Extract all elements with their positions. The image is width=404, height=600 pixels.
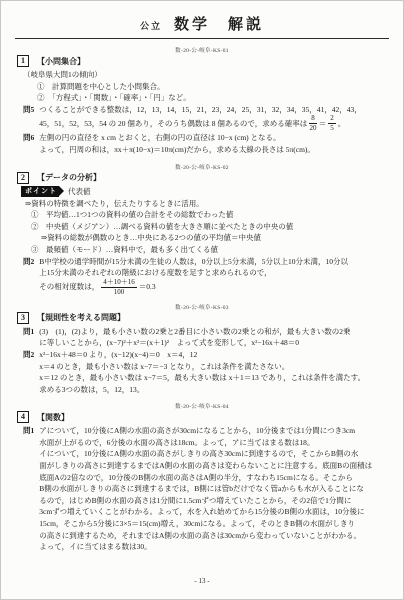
fraction-numerator: 2 [328,115,336,124]
header-divider [15,38,389,39]
point-callout: ポイント 代表値 [21,186,389,197]
page-number: - 13 - [1,577,403,585]
equals-sign: ＝ [319,118,327,130]
list-item: ② 「方程式」・「関数」・「確率」・「円」など。 [37,92,389,104]
header-category: 公立 [140,19,162,32]
list-item: ① 平均値…1つ1つの資料の値の合計をその総数でわった値 [31,209,389,221]
problem-body: (3) (1)，(2)より，最も小さい数の2乗と2番目に小さい数の2乗との和が，… [39,326,389,349]
trend-note: （岐阜県大問1の傾向） [23,69,389,81]
solution-line: (3) (1)，(2)より，最も小さい数の2乗と2番目に小さい数の2乗との和が，… [39,326,389,338]
section-2-code: 数-20-公-岐阜-KS-02 [15,163,389,171]
list-item: ① 計算問題を中心とした小問集合。 [37,81,389,93]
fraction: 820 [309,115,317,132]
problem-body: B中学校の通学時間が15分未満の生徒の人数は，0分以上5分未満，5分以上10分未… [39,256,389,296]
problem-body: x²−16x＋48＝0 より，(x−12)(x−4)＝0 x＝4，12 x＝4 … [39,349,389,395]
section-2-number-box: 2 [17,172,29,184]
solution-line: イについて，10分後にA側の水面の高さがしきりの高さ30cmに到達するので，そこ… [39,448,389,460]
solution-line: に等しいことから，(x−7)²＋x²＝(x＋1)² よって式を変形して，x²−1… [39,337,389,349]
section-3-title: 【規則性を考える問題】 [37,312,125,323]
section-4-heading-row: 4 【関数】 [17,411,389,423]
page-header: 公立 数学 解説 [15,13,389,34]
fraction-denominator: 20 [309,124,317,132]
section-2-heading-row: 2 【データの分析】 [17,172,389,184]
solution-line: つくることができる整数は，12，13，14，15，21，23，24，25，31，… [39,104,389,116]
section-4-title: 【関数】 [37,412,69,423]
solution-text: その相対度数は， [39,281,99,293]
solution-line: 3cmずつ増えていくことがわかる。よって，水を入れ始めてから15分後のB側の水面… [39,506,389,518]
problem-block-q6: 問6 左側の円の直径を x cm とおくと，右側の円の直径は 10−x (cm)… [23,132,389,155]
point-badge: ポイント [21,186,59,197]
document-page: 公立 数学 解説 数-20-公-岐阜-KS-01 1 【小問集合】 （岐阜県大問… [0,0,404,600]
list-subitem: ⇒資料の総数が偶数のとき…中央にある2つの値の平均値＝中央値 [41,232,389,244]
intro-line: ⇒資料の特徴を調べたり，伝えたりするときに活用。 [25,198,389,210]
fraction: 25 [328,115,336,132]
section-1-number-box: 1 [17,55,29,67]
solution-line: よって，イに当てはまる数は30。 [39,541,389,553]
solution-line: B側の水面がしきりの高さに到達するまでは，B側には管bだけでなく管aからも水が入… [39,483,389,495]
solution-line: その相対度数は， 4＋10＋16100 ＝0.3 [39,279,389,296]
section-1-heading-row: 1 【小問集合】 [17,55,389,67]
problem-body: つくることができる整数は，12，13，14，15，21，23，24，25，31，… [39,104,389,133]
page-title: 数学 解説 [174,13,264,34]
section-3-code: 数-20-公-岐阜-KS-03 [15,303,389,311]
solution-line: 求める3つの数は，5，12，13。 [39,384,389,396]
solution-line: 面がしきりの高さに到達するまではA側の水面の高さは変わらないことに注意する。底面… [39,460,389,472]
problem-block-q1: 問1 (3) (1)，(2)より，最も小さい数の2乗と2番目に小さい数の2乗との… [23,326,389,349]
problem-label: 問2 [23,349,34,361]
solution-line: 上15分未満のそれぞれの階級における度数を足すと求められるので， [39,267,389,279]
problem-label: 問5 [23,104,34,116]
solution-text: 。 [338,118,346,130]
solution-text: ＝0.3 [139,281,156,293]
problem-block-q5: 問5 つくることができる整数は，12，13，14，15，21，23，24，25，… [23,104,389,133]
fraction-denominator: 100 [101,288,137,296]
list-item: ② 中央値（メジアン）…調べる資料の値を大きさ順に並べたときの中央の値 [31,221,389,233]
problem-body: 左側の円の直径を x cm とおくと，右側の円の直径は 10−x (cm) とな… [39,132,389,155]
fraction-numerator: 4＋10＋16 [101,279,137,288]
point-text: 代表値 [68,186,91,197]
solution-line: 左側の円の直径を x cm とおくと，右側の円の直径は 10−x (cm) とな… [39,132,389,144]
section-3-number-box: 3 [17,312,29,324]
section-2-title: 【データの分析】 [37,172,101,183]
section-4-code: 数-20-公-岐阜-KS-04 [15,402,389,410]
solution-text: 45，51，52，53，54 の 20 個あり，そのうち偶数は 8 個あるので，… [39,118,307,130]
solution-line: x²−16x＋48＝0 より，(x−12)(x−4)＝0 x＝4，12 [39,349,389,361]
solution-line: 底面Aの2倍なので，10分後のB側の水面の高さはA側の半分，すなわち15cmにな… [39,472,389,484]
problem-label: 問2 [23,256,34,268]
problem-block-q2: 問2 x²−16x＋48＝0 より，(x−12)(x−4)＝0 x＝4，12 x… [23,349,389,395]
problem-label: 問1 [23,425,34,437]
solution-line: 15cm，そこから5分後に3×5＝15(cm)増え，30cmになる。よって，その… [39,518,389,530]
solution-line: x＝12 のとき，最も小さい数は x−7＝5，最も大きい数は x＋1＝13 であ… [39,372,389,384]
fraction-numerator: 8 [309,115,317,124]
problem-block-q1: 問1 アについて，10分後にA側の水面の高さが30cmになることから，10分後ま… [23,425,389,553]
section-4-number-box: 4 [17,411,29,423]
fraction-denominator: 5 [328,124,336,132]
solution-line: 水面が上がるので，6分後の水面の高さは18cm。よって，アに当てはまる数は18。 [39,437,389,449]
list-item: ③ 最頻値（モード）…資料中で，最も多く出てくる値 [31,244,389,256]
solution-line: るので，はじめB側の水面の高さは1分間に1.5cmずつ増えていたことから，その2… [39,495,389,507]
point-chevron-icon [59,186,64,196]
problem-body: アについて，10分後にA側の水面の高さが30cmになることから，10分後までは1… [39,425,389,553]
section-3-heading-row: 3 【規則性を考える問題】 [17,312,389,324]
fraction: 4＋10＋16100 [101,279,137,296]
solution-line: x＝4 のとき，最も小さい数は x−7＝−3 となり，これは条件を満たさない。 [39,361,389,373]
solution-line: 45，51，52，53，54 の 20 個あり，そのうち偶数は 8 個あるので，… [39,115,389,132]
solution-line: の高さに到達するため，それまではA側の水面の高さは30cmから変わっていないこと… [39,530,389,542]
solution-line: アについて，10分後にA側の水面の高さが30cmになることから，10分後までは1… [39,425,389,437]
section-1-title: 【小問集合】 [37,56,85,67]
problem-label: 問6 [23,132,34,144]
solution-line: よって，円周の和は，πx＋π(10−x)＝10π(cm)だから，求める太線の長さ… [39,144,389,156]
problem-label: 問1 [23,326,34,338]
section-1-code: 数-20-公-岐阜-KS-01 [15,46,389,54]
solution-line: B中学校の通学時間が15分未満の生徒の人数は，0分以上5分未満，5分以上10分未… [39,256,389,268]
problem-block-q2: 問2 B中学校の通学時間が15分未満の生徒の人数は，0分以上5分未満，5分以上1… [23,256,389,296]
